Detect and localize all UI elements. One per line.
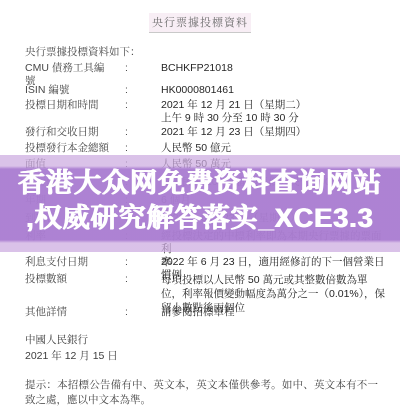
promo-banner-line2: ,权威研究解答落实_XCE3.3	[0, 201, 400, 236]
field-value: 2021 年 12 月 21 日（星期二） 上午 9 時 30 分至 10 時 …	[161, 99, 388, 125]
promo-banner-overlay[interactable]: 香港大众网免费资料查询网站 ,权威研究解答落实_XCE3.3	[0, 155, 400, 252]
promo-banner-line1: 香港大众网免费资料查询网站	[0, 166, 400, 201]
field-label: 利息支付日期	[25, 256, 113, 269]
field-label: 其他詳情	[25, 306, 113, 319]
field-colon: :	[113, 306, 161, 319]
field-value: 人民幣 50 億元	[161, 142, 388, 155]
table-row-issue-date: 發行和交收日期 : 2021 年 12 月 23 日（星期四）	[25, 126, 388, 139]
table-row-total-principal: 投標發行本金總額 : 人民幣 50 億元	[25, 142, 388, 155]
field-value: 2021 年 12 月 23 日（星期四）	[161, 126, 388, 139]
field-label: 投標數額	[25, 273, 113, 286]
disclaimer-note: 提示：本招標公告備有中、英文本，英文本僅供參考。如中、英文本有不一致之處，應以中…	[25, 378, 378, 408]
field-colon: :	[113, 62, 161, 75]
page-title-wrap: 央行票據投標資料	[0, 13, 400, 33]
field-colon: :	[113, 126, 161, 139]
signature-date: 2021 年 12 月 15 日	[25, 349, 118, 364]
field-label: 發行和交收日期	[25, 126, 113, 139]
field-label: 投標發行本金總額	[25, 142, 113, 155]
field-label: ISIN 編號	[25, 84, 113, 97]
page-title: 央行票據投標資料	[149, 13, 251, 33]
intro-line: 央行票據投標資料如下：	[25, 44, 141, 59]
signer-name: 中國人民銀行	[25, 333, 88, 348]
field-label: 投標日期和時間	[25, 99, 113, 112]
table-row-tender-datetime: 投標日期和時間 : 2021 年 12 月 21 日（星期二） 上午 9 時 3…	[25, 99, 388, 125]
field-value: HK0000801461	[161, 84, 388, 97]
field-colon: :	[113, 99, 161, 112]
field-colon: :	[113, 273, 161, 286]
document-page: 央行票據投標資料 央行票據投標資料如下： CMU 債務工具編號 : BCHKFP…	[0, 0, 400, 412]
field-value: BCHKFP21018	[161, 62, 388, 75]
field-value: 請參閱招標章程	[161, 306, 388, 319]
field-colon: :	[113, 142, 161, 155]
field-colon: :	[113, 84, 161, 97]
field-colon: :	[113, 256, 161, 269]
table-row-isin: ISIN 編號 : HK0000801461	[25, 84, 388, 97]
table-row-other-details: 其他詳情 : 請參閱招標章程	[25, 306, 388, 319]
